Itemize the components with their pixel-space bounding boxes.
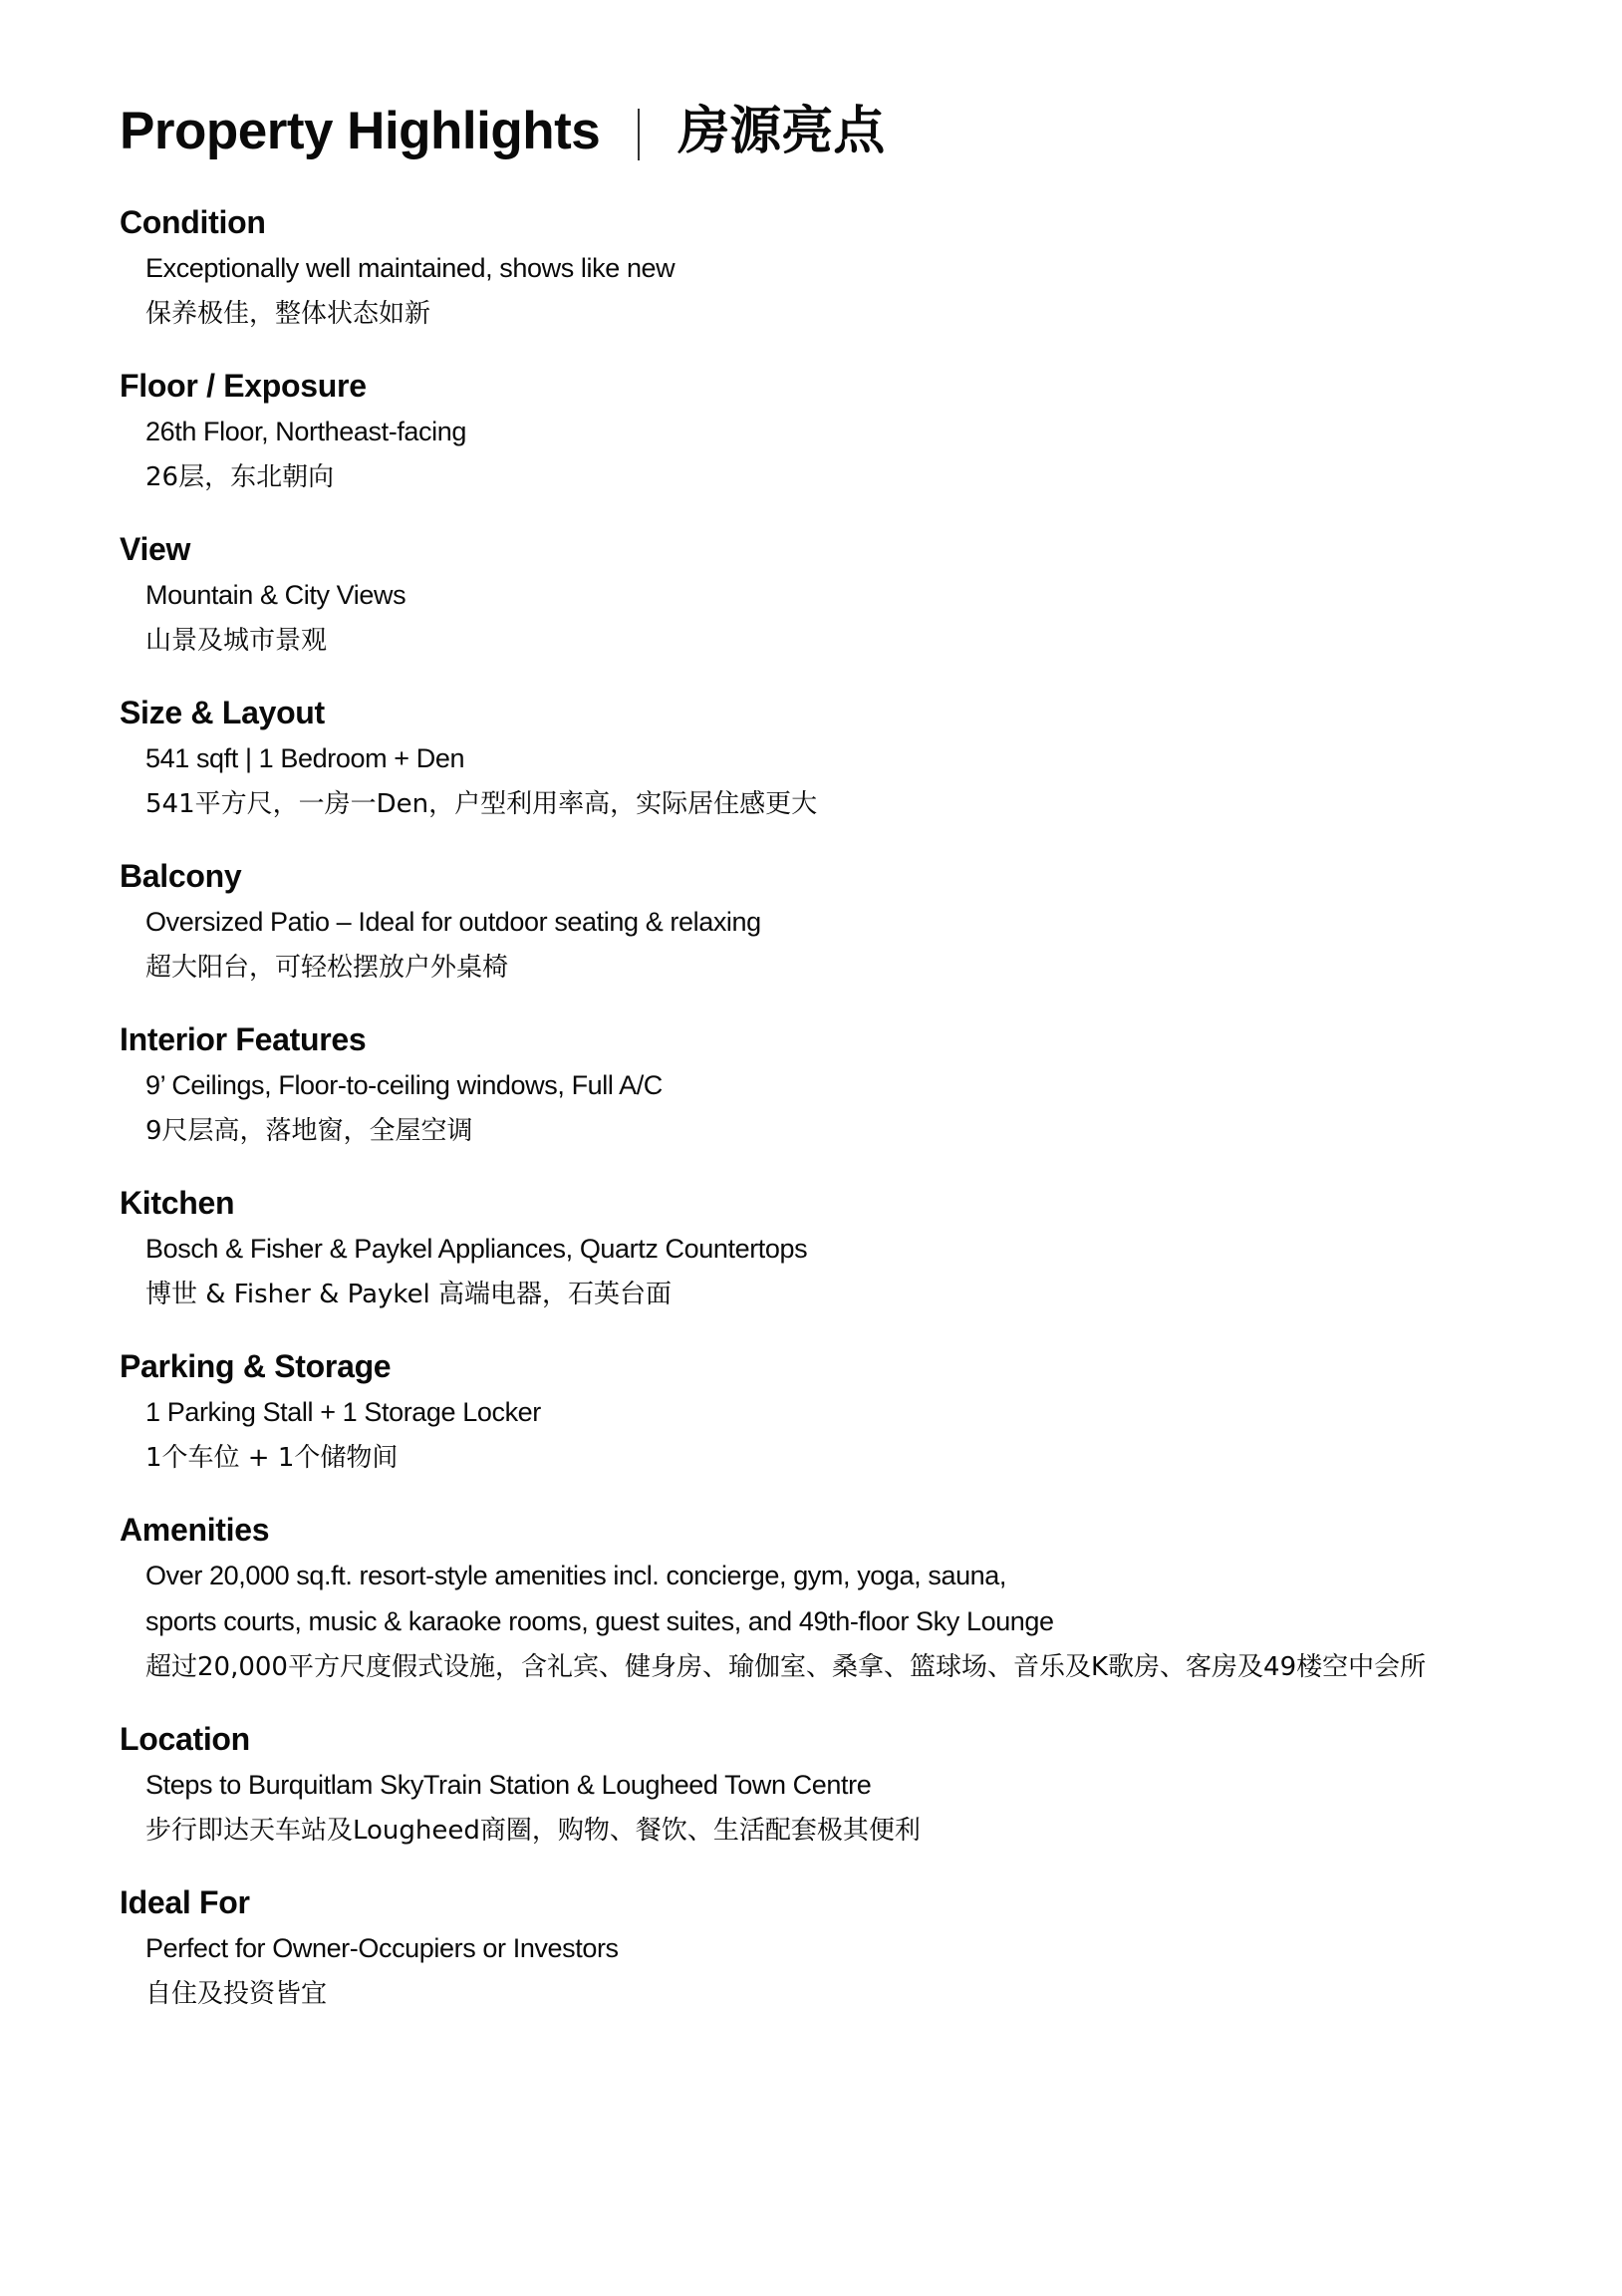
section-line-zh: 自住及投资皆宜 bbox=[120, 1971, 1594, 2017]
section-line-en: Steps to Burquitlam SkyTrain Station & L… bbox=[120, 1762, 1594, 1808]
section-line-zh: 超大阳台，可轻松摆放户外桌椅 bbox=[120, 945, 1594, 991]
highlight-section-location: Location Steps to Burquitlam SkyTrain St… bbox=[120, 1716, 1594, 1854]
title-divider bbox=[638, 109, 640, 160]
highlight-section-kitchen: Kitchen Bosch & Fisher & Paykel Applianc… bbox=[120, 1180, 1594, 1317]
section-line-zh: 博世 & Fisher & Paykel 高端电器，石英台面 bbox=[120, 1272, 1594, 1317]
highlight-section-size-layout: Size & Layout 541 sqft | 1 Bedroom + Den… bbox=[120, 690, 1594, 827]
section-line-en: Bosch & Fisher & Paykel Appliances, Quar… bbox=[120, 1226, 1594, 1272]
section-line-en: Over 20,000 sq.ft. resort-style amenitie… bbox=[120, 1553, 1594, 1598]
section-line-en: 1 Parking Stall + 1 Storage Locker bbox=[120, 1389, 1594, 1435]
section-line-en: 9’ Ceilings, Floor-to-ceiling windows, F… bbox=[120, 1062, 1594, 1108]
section-line-en: Mountain & City Views bbox=[120, 572, 1594, 618]
section-line-zh: 保养极佳，整体状态如新 bbox=[120, 291, 1594, 337]
section-line-zh: 541平方尺，一房一Den，户型利用率高，实际居住感更大 bbox=[120, 781, 1594, 827]
property-highlights-page: Property Highlights 房源亮点 Condition Excep… bbox=[0, 0, 1622, 2296]
section-heading: Floor / Exposure bbox=[120, 363, 1594, 409]
highlight-section-ideal-for: Ideal For Perfect for Owner-Occupiers or… bbox=[120, 1879, 1594, 2017]
section-heading: Size & Layout bbox=[120, 690, 1594, 735]
section-heading: Amenities bbox=[120, 1507, 1594, 1553]
highlight-section-balcony: Balcony Oversized Patio – Ideal for outd… bbox=[120, 853, 1594, 991]
section-heading: Parking & Storage bbox=[120, 1343, 1594, 1389]
section-heading: Balcony bbox=[120, 853, 1594, 899]
section-heading: Location bbox=[120, 1716, 1594, 1762]
highlight-section-condition: Condition Exceptionally well maintained,… bbox=[120, 199, 1594, 337]
section-heading: Interior Features bbox=[120, 1016, 1594, 1062]
section-line-en: Oversized Patio – Ideal for outdoor seat… bbox=[120, 899, 1594, 945]
section-heading: View bbox=[120, 526, 1594, 572]
page-title-english: Property Highlights bbox=[120, 100, 600, 163]
section-heading: Condition bbox=[120, 199, 1594, 245]
section-line-zh: 26层，东北朝向 bbox=[120, 454, 1594, 500]
section-line-en: 541 sqft | 1 Bedroom + Den bbox=[120, 735, 1594, 781]
section-heading: Kitchen bbox=[120, 1180, 1594, 1226]
section-line-zh: 超过20,000平方尺度假式设施，含礼宾、健身房、瑜伽室、桑拿、篮球场、音乐及K… bbox=[120, 1644, 1594, 1690]
section-line-zh: 步行即达天车站及Lougheed商圈，购物、餐饮、生活配套极其便利 bbox=[120, 1808, 1594, 1854]
section-heading: Ideal For bbox=[120, 1879, 1594, 1925]
highlight-section-view: View Mountain & City Views 山景及城市景观 bbox=[120, 526, 1594, 664]
section-line-en: sports courts, music & karaoke rooms, gu… bbox=[120, 1598, 1594, 1644]
highlight-section-interior-features: Interior Features 9’ Ceilings, Floor-to-… bbox=[120, 1016, 1594, 1154]
section-line-zh: 山景及城市景观 bbox=[120, 618, 1594, 664]
highlight-section-amenities: Amenities Over 20,000 sq.ft. resort-styl… bbox=[120, 1507, 1594, 1690]
section-line-en: Exceptionally well maintained, shows lik… bbox=[120, 245, 1594, 291]
page-title-chinese: 房源亮点 bbox=[677, 100, 885, 163]
page-title: Property Highlights 房源亮点 bbox=[120, 100, 885, 163]
highlight-section-floor-exposure: Floor / Exposure 26th Floor, Northeast-f… bbox=[120, 363, 1594, 500]
section-line-zh: 1个车位 + 1个储物间 bbox=[120, 1435, 1594, 1481]
section-line-en: Perfect for Owner-Occupiers or Investors bbox=[120, 1925, 1594, 1971]
section-line-en: 26th Floor, Northeast-facing bbox=[120, 409, 1594, 454]
section-line-zh: 9尺层高，落地窗，全屋空调 bbox=[120, 1108, 1594, 1154]
highlights-list: Condition Exceptionally well maintained,… bbox=[120, 199, 1594, 2043]
highlight-section-parking-storage: Parking & Storage 1 Parking Stall + 1 St… bbox=[120, 1343, 1594, 1481]
